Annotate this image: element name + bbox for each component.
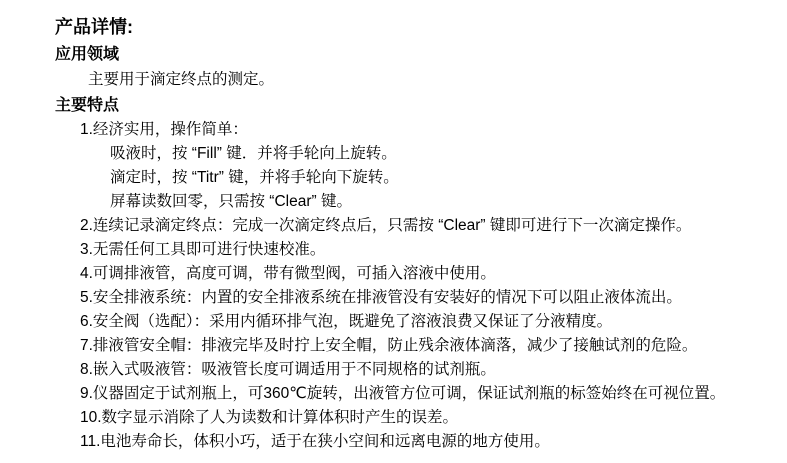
product-detail-document: 产品详情: 应用领域 主要用于滴定终点的测定。 主要特点 1.经济实用，操作简单… bbox=[55, 18, 771, 454]
feature-line-5: 5.安全排液系统：内置的安全排液系统在排液管没有安装好的情况下可以阻止液体流出。 bbox=[80, 286, 771, 310]
feature-line-1c: 屏幕读数回零，只需按 “Clear” 键。 bbox=[110, 190, 771, 214]
feature-list: 1.经济实用，操作简单： 吸液时，按 “Fill” 键．并将手轮向上旋转。 滴定… bbox=[55, 118, 771, 454]
feature-line-1b: 滴定时，按 “Titr” 键，并将手轮向下旋转。 bbox=[110, 166, 771, 190]
feature-line-1a: 吸液时，按 “Fill” 键．并将手轮向上旋转。 bbox=[110, 142, 771, 166]
page-title: 产品详情: bbox=[55, 18, 771, 37]
feature-line-8: 8.嵌入式吸液管：吸液管长度可调适用于不同规格的试剂瓶。 bbox=[80, 358, 771, 382]
feature-line-10: 10.数字显示消除了人为读数和计算体积时产生的误差。 bbox=[80, 406, 771, 430]
feature-line-6: 6.安全阀（选配）：采用内循环排气泡，既避免了溶液浪费又保证了分液精度。 bbox=[80, 310, 771, 334]
section-heading-application: 应用领域 bbox=[55, 46, 771, 63]
feature-line-11: 11.电池寿命长，体积小巧，适于在狭小空间和远离电源的地方使用。 bbox=[80, 430, 771, 454]
feature-line-1: 1.经济实用，操作简单： bbox=[80, 118, 771, 142]
feature-line-2: 2.连续记录滴定终点：完成一次滴定终点后，只需按 “Clear” 键即可进行下一… bbox=[80, 214, 771, 238]
section-heading-features: 主要特点 bbox=[55, 97, 771, 114]
feature-line-7: 7.排液管安全帽：排液完毕及时拧上安全帽，防止残余液体滴落，减少了接触试剂的危险… bbox=[80, 334, 771, 358]
feature-line-4: 4.可调排液管，高度可调，带有微型阀，可插入溶液中使用。 bbox=[80, 262, 771, 286]
application-description: 主要用于滴定终点的测定。 bbox=[88, 72, 771, 88]
feature-line-3: 3.无需任何工具即可进行快速校准。 bbox=[80, 238, 771, 262]
feature-line-9: 9.仪器固定于试剂瓶上，可360℃旋转，出液管方位可调，保证试剂瓶的标签始终在可… bbox=[80, 382, 771, 406]
